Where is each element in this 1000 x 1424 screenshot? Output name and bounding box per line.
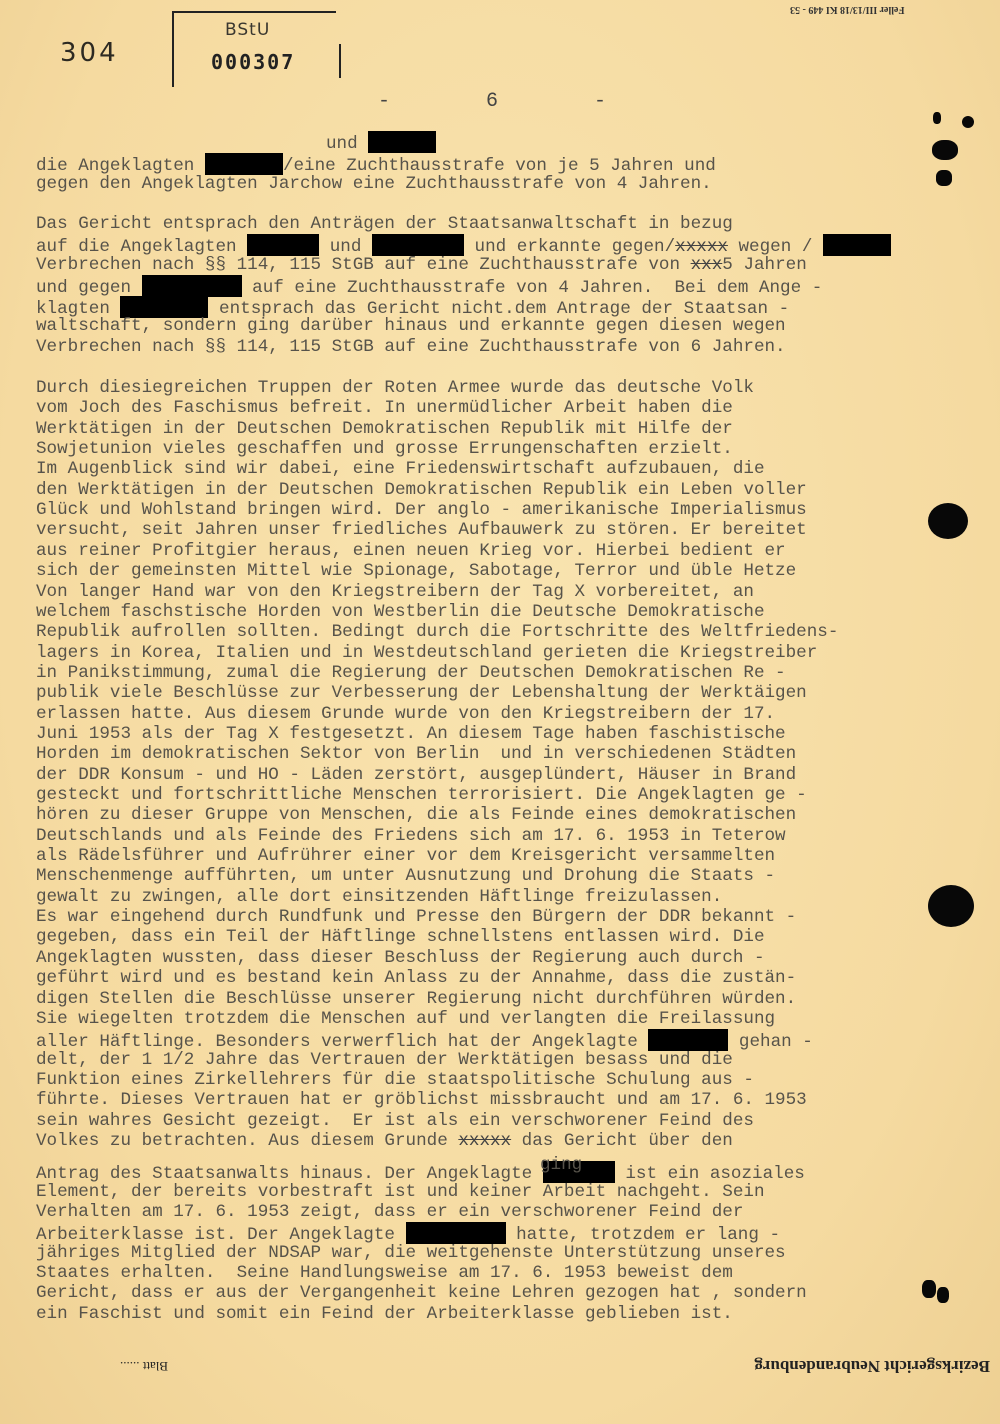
text-line: Element, der bereits vorbestraft ist und… <box>36 1182 765 1202</box>
text: 5 Jahren <box>722 255 806 275</box>
redaction-bar <box>648 1029 728 1051</box>
text-line: Im Augenblick sind wir dabei, eine Fried… <box>36 459 765 479</box>
text-line: Verbrechen nach §§ 114, 115 StGB auf ein… <box>36 337 786 357</box>
text-line: lagers in Korea, Italien und in Westdeut… <box>36 643 817 663</box>
text-line: sein wahres Gesicht gezeigt. Er ist als … <box>36 1111 754 1131</box>
struck-text: xxx <box>691 255 723 275</box>
text-line: gegen den Angeklagten Jarchow eine Zucht… <box>36 174 712 194</box>
page-marker: - 6 - <box>378 90 606 113</box>
text-line: Funktion eines Zirkellehrers für die sta… <box>36 1070 754 1090</box>
ink-blot <box>928 503 968 539</box>
insert-text: und <box>326 134 358 154</box>
archive-page-number: 304 <box>60 38 119 68</box>
ink-blot <box>928 885 974 927</box>
text-line: führte. Dieses Vertrauen hat er gröblich… <box>36 1090 807 1110</box>
text-line: und gegen auf eine Zuchthausstrafe von 4… <box>36 275 822 298</box>
text-line: jähriges Mitglied der NDSAP war, die wei… <box>36 1243 786 1263</box>
ink-blot <box>936 170 952 186</box>
text: /eine Zuchthausstrafe von je 5 Jahren un… <box>283 156 716 176</box>
text-line: Staates erhalten. Seine Handlungsweise a… <box>36 1263 733 1283</box>
text-line: Horden im demokratischen Sektor von Berl… <box>36 744 796 764</box>
text-line: digen Stellen die Beschlüsse unserer Reg… <box>36 989 796 1009</box>
text-line: Juni 1953 als der Tag X festgesetzt. An … <box>36 724 786 744</box>
text-line: Gericht, dass er aus der Vergangenheit k… <box>36 1283 807 1303</box>
text-line: delt, der 1 1/2 Jahre das Vertrauen der … <box>36 1050 733 1070</box>
text-line: Sowjetunion vieles geschaffen und grosse… <box>36 439 733 459</box>
ink-blot <box>933 112 941 124</box>
redaction-bar <box>368 131 436 153</box>
text-line: Deutschlands und als Feinde des Friedens… <box>36 826 786 846</box>
text: gehan - <box>728 1032 812 1052</box>
text-line: Volkes zu betrachten. Aus diesem Grunde … <box>36 1131 733 1151</box>
text-line: hören zu dieser Gruppe von Menschen, die… <box>36 805 796 825</box>
text-line: Verbrechen nach §§ 114, 115 StGB auf ein… <box>36 255 807 275</box>
text-line: Verhalten am 17. 6. 1953 zeigt, dass er … <box>36 1202 743 1222</box>
text-line: gegeben, dass ein Teil der Häftlinge sch… <box>36 927 765 947</box>
stamp-document-number: 000307 <box>211 50 295 74</box>
struck-text: xxxxx <box>675 237 728 257</box>
text-line: waltschaft, sondern ging darüber hinaus … <box>36 316 786 336</box>
insert-ging: ging <box>540 1155 582 1175</box>
sheet-label: Blatt ...... <box>120 1358 168 1374</box>
text-line: publik viele Beschlüsse zur Verbesserung… <box>36 683 807 703</box>
text-line: geführt wird und es bestand kein Anlass … <box>36 968 796 988</box>
text: auf eine Zuchthausstrafe von 4 Jahren. B… <box>242 278 823 298</box>
redaction-bar <box>823 234 891 256</box>
text: Volkes zu betrachten. Aus diesem Grunde <box>36 1131 458 1151</box>
text: und <box>319 237 372 257</box>
ink-blot <box>932 140 958 160</box>
text-line: in Panikstimmung, zumal die Regierung de… <box>36 663 786 683</box>
text-line: Republik aufrollen sollten. Bedingt durc… <box>36 622 838 642</box>
page-footer: Bezirksgericht Neubrandenburg Blatt ....… <box>90 1350 990 1376</box>
redaction-bar <box>372 234 464 256</box>
text-line: gewalt zu zwingen, alle dort einsitzende… <box>36 887 722 907</box>
text-line: vom Joch des Faschismus befreit. In uner… <box>36 398 733 418</box>
text: und gegen <box>36 278 142 298</box>
text-line: Es war eingehend durch Rundfunk und Pres… <box>36 907 796 927</box>
ink-blot <box>937 1287 949 1303</box>
text-line: Glück und Wohlstand bringen wird. Der an… <box>36 500 807 520</box>
text-line: Werktätigen in der Deutschen Demokratisc… <box>36 419 733 439</box>
archive-stamp-frame-edge <box>339 44 341 78</box>
text: die Angeklagten <box>36 156 205 176</box>
text-line: der DDR Konsum - und HO - Läden zerstört… <box>36 765 796 785</box>
text-line: die Angeklagten /eine Zuchthausstrafe vo… <box>36 153 716 176</box>
redaction-bar <box>406 1222 506 1244</box>
text-line: als Rädelsführer und Aufrührer einer vor… <box>36 846 775 866</box>
text: Verbrechen nach §§ 114, 115 StGB auf ein… <box>36 255 691 275</box>
redaction-bar <box>120 296 208 318</box>
text-line: Von langer Hand war von den Kriegstreibe… <box>36 582 754 602</box>
text-line: Sie wiegelten trotzdem die Menschen auf … <box>36 1009 775 1029</box>
text-line: aus reiner Profitgier heraus, einen neue… <box>36 541 786 561</box>
redaction-bar <box>247 234 319 256</box>
text-line: versucht, seit Jahren unser friedliches … <box>36 520 807 540</box>
text-line: gesteckt und fortschrittliche Menschen t… <box>36 785 807 805</box>
text-line: auf die Angeklagten und und erkannte geg… <box>36 234 891 257</box>
struck-text: xxxxx <box>458 1131 511 1151</box>
text: wegen / <box>728 237 823 257</box>
text-line: Menschenmenge aufführten, um unter Ausnu… <box>36 866 775 886</box>
text: und erkannte gegen/ <box>464 237 675 257</box>
insert-und: und <box>326 131 436 154</box>
text-line: den Werktätigen in der Deutschen Demokra… <box>36 480 807 500</box>
redaction-bar <box>205 153 283 175</box>
file-reference: Feller III/13/18 KI 449 - 53 <box>790 4 905 15</box>
redaction-bar <box>142 275 242 297</box>
text: das Gericht über den <box>511 1131 733 1151</box>
stamp-organization: BStU <box>225 20 270 40</box>
text-line: erlassen hatte. Aus diesem Grunde wurde … <box>36 704 775 724</box>
text-line: sich der gemeinsten Mittel wie Spionage,… <box>36 561 796 581</box>
text: auf die Angeklagten <box>36 237 247 257</box>
court-name: Bezirksgericht Neubrandenburg <box>754 1356 990 1376</box>
ink-blot <box>922 1280 936 1298</box>
text-line: Das Gericht entsprach den Anträgen der S… <box>36 214 733 234</box>
ink-blot <box>962 116 974 128</box>
text-line: Angeklagten wussten, dass dieser Beschlu… <box>36 948 765 968</box>
text-line: Durch diesiegreichen Truppen der Roten A… <box>36 378 754 398</box>
text-line: ein Faschist und somit ein Feind der Arb… <box>36 1304 733 1324</box>
text-line: welchem faschstische Horden von Westberl… <box>36 602 765 622</box>
